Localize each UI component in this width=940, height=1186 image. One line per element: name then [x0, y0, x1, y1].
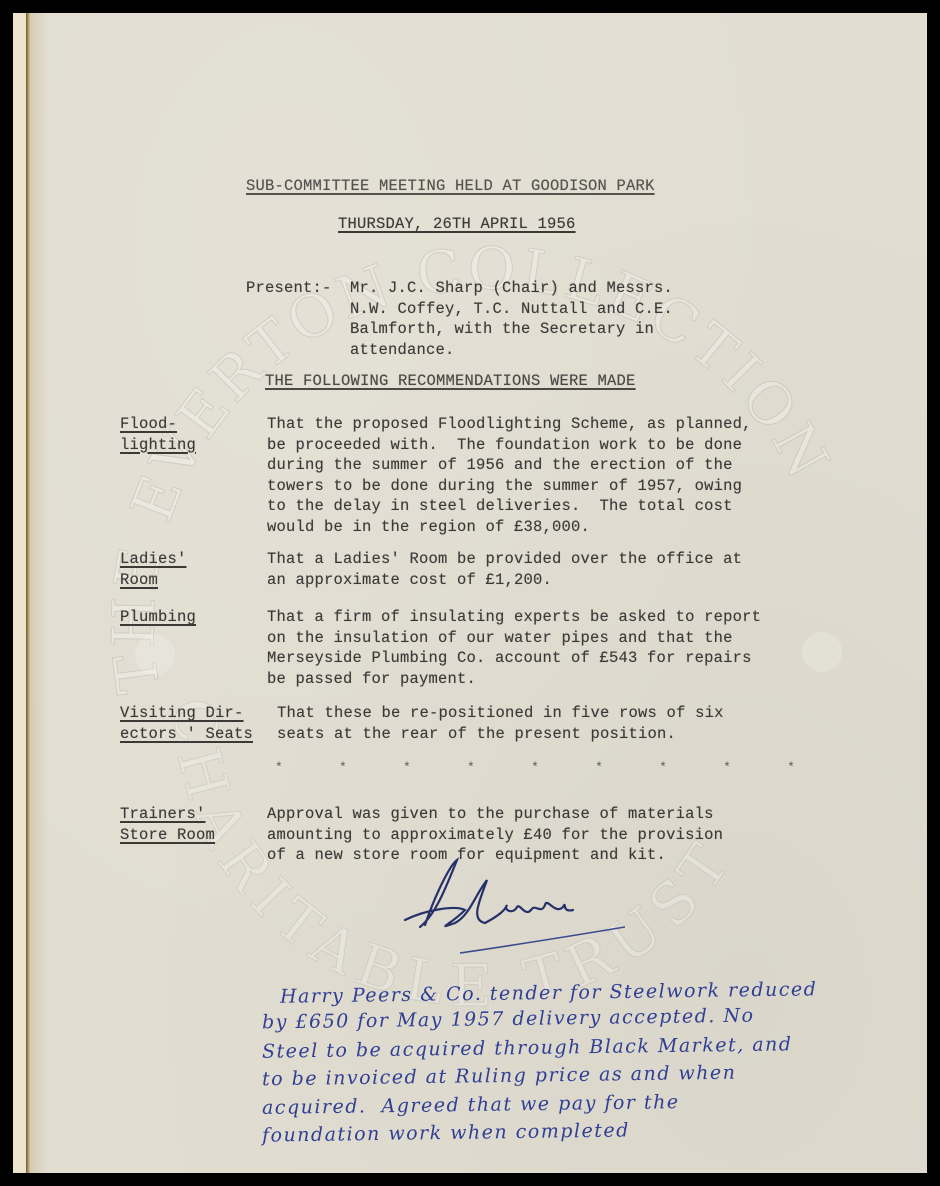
- recommendations-heading: THE FOLLOWING RECOMMENDATIONS WERE MADE: [265, 371, 636, 392]
- signature-scrawl: [395, 855, 625, 955]
- item-label-plumbing: Plumbing: [120, 607, 196, 628]
- meeting-date: THURSDAY, 26TH APRIL 1956: [338, 214, 576, 235]
- item-label-directors-seats: Visiting Dir- ectors ' Seats: [120, 703, 253, 744]
- binding-edge: [13, 13, 26, 1173]
- document-title: SUB-COMMITTEE MEETING HELD AT GOODISON P…: [246, 176, 655, 197]
- item-body-ladies-room: That a Ladies' Room be provided over the…: [267, 549, 742, 590]
- item-label-floodlighting: Flood- lighting: [120, 414, 196, 455]
- attendees-line: N.W. Coffey, T.C. Nuttall and C.E.: [350, 300, 673, 318]
- item-label-ladies-room: Ladies' Room: [120, 549, 187, 590]
- signature: H.E. Searle: [395, 855, 625, 960]
- attendees-line: Mr. J.C. Sharp (Chair) and Messrs.: [350, 279, 673, 297]
- item-label-trainers-store-room: Trainers' Store Room: [120, 804, 215, 845]
- present-label: Present:-: [246, 278, 332, 299]
- item-body-plumbing: That a firm of insulating experts be ask…: [267, 607, 761, 689]
- item-body-directors-seats: That these be re-positioned in five rows…: [277, 703, 724, 744]
- item-body-floodlighting: That the proposed Floodlighting Scheme, …: [267, 414, 752, 537]
- attendees-line: attendance.: [350, 341, 455, 359]
- binding-shadow: [30, 13, 48, 1173]
- attendees-line: Balmforth, with the Secretary in: [350, 320, 654, 338]
- attendees: Mr. J.C. Sharp (Chair) and Messrs. N.W. …: [350, 278, 673, 360]
- separator-stars: * * * * * * * * *: [275, 760, 795, 775]
